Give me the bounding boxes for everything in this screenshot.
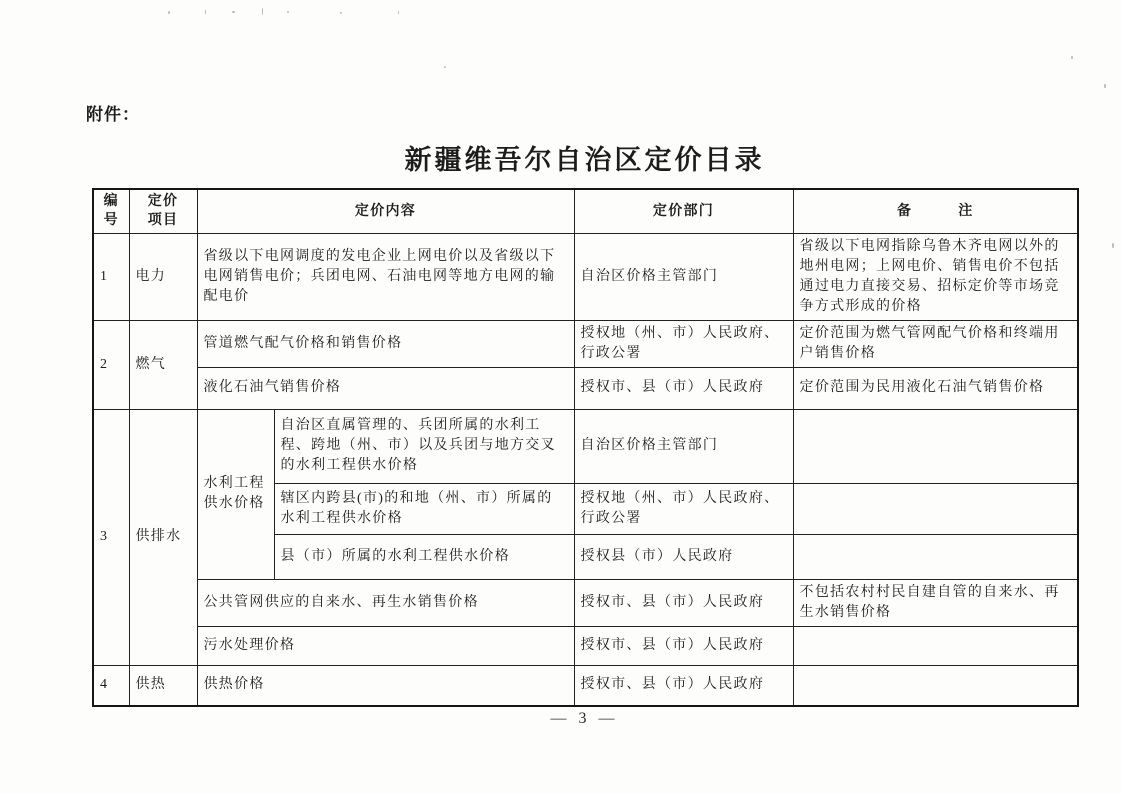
cell-remark: 定价范围为民用液化石油气销售价格 xyxy=(793,367,1078,409)
cell-department: 授权市、县（市）人民政府 xyxy=(574,665,793,706)
cell-content: 管道燃气配气价格和销售价格 xyxy=(197,320,574,367)
scan-artifact xyxy=(340,12,342,14)
cell-item: 燃气 xyxy=(129,320,197,409)
header-cell-item: 定价 项目 xyxy=(129,189,197,233)
scan-artifact xyxy=(1104,84,1106,88)
table-row: 2 燃气 管道燃气配气价格和销售价格 授权地（州、市）人民政府、行政公署 定价范… xyxy=(93,320,1078,367)
cell-no: 2 xyxy=(93,320,129,409)
cell-no: 4 xyxy=(93,665,129,706)
cell-subgroup-label: 水利工程 供水价格 xyxy=(197,409,274,579)
table-header-row: 编号 定价 项目 定价内容 定价部门 备 注 xyxy=(93,189,1078,233)
cell-remark xyxy=(793,626,1078,665)
cell-remark xyxy=(793,534,1078,579)
scan-artifact xyxy=(444,66,446,68)
cell-content: 县（市）所属的水利工程供水价格 xyxy=(274,534,574,579)
scan-artifact xyxy=(232,11,235,13)
scan-artifact xyxy=(287,11,289,13)
cell-remark: 定价范围为燃气管网配气价格和终端用户销售价格 xyxy=(793,320,1078,367)
scan-artifact xyxy=(168,11,170,14)
cell-content: 供热价格 xyxy=(197,665,574,706)
table-row: 1 电力 省级以下电网调度的发电企业上网电价以及省级以下电网销售电价；兵团电网、… xyxy=(93,233,1078,320)
cell-department: 授权地（州、市）人民政府、行政公署 xyxy=(574,483,793,534)
cell-content: 辖区内跨县(市)的和地（州、市）所属的水利工程供水价格 xyxy=(274,483,574,534)
page-number: — 3 — xyxy=(92,710,1077,728)
cell-department: 自治区价格主管部门 xyxy=(574,233,793,320)
header-cell-no: 编号 xyxy=(93,189,129,233)
cell-department: 自治区价格主管部门 xyxy=(574,409,793,483)
cell-item: 供热 xyxy=(129,665,197,706)
scan-artifact xyxy=(205,10,206,14)
cell-content: 公共管网供应的自来水、再生水销售价格 xyxy=(197,579,574,626)
cell-item: 供排水 xyxy=(129,409,197,665)
cell-content: 省级以下电网调度的发电企业上网电价以及省级以下电网销售电价；兵团电网、石油电网等… xyxy=(197,233,574,320)
cell-department: 授权市、县（市）人民政府 xyxy=(574,626,793,665)
cell-content: 污水处理价格 xyxy=(197,626,574,665)
cell-content: 自治区直属管理的、兵团所属的水利工程、跨地（州、市）以及兵团与地方交叉的水利工程… xyxy=(274,409,574,483)
cell-item: 电力 xyxy=(129,233,197,320)
header-cell-content: 定价内容 xyxy=(197,189,574,233)
table-row: 液化石油气销售价格 授权市、县（市）人民政府 定价范围为民用液化石油气销售价格 xyxy=(93,367,1078,409)
cell-department: 授权县（市）人民政府 xyxy=(574,534,793,579)
cell-no: 3 xyxy=(93,409,129,665)
scan-artifact xyxy=(398,11,399,14)
scan-artifact xyxy=(1071,56,1073,59)
cell-department: 授权市、县（市）人民政府 xyxy=(574,579,793,626)
table-row: 3 供排水 水利工程 供水价格 自治区直属管理的、兵团所属的水利工程、跨地（州、… xyxy=(93,409,1078,483)
header-cell-remark: 备 注 xyxy=(793,189,1078,233)
pricing-catalog-table: 编号 定价 项目 定价内容 定价部门 备 注 1 电力 省级以下电网调度的发电企… xyxy=(92,188,1079,707)
table-row: 公共管网供应的自来水、再生水销售价格 授权市、县（市）人民政府 不包括农村村民自… xyxy=(93,579,1078,626)
cell-no: 1 xyxy=(93,233,129,320)
header-cell-department: 定价部门 xyxy=(574,189,793,233)
cell-remark xyxy=(793,409,1078,483)
cell-content: 液化石油气销售价格 xyxy=(197,367,574,409)
table-row: 4 供热 供热价格 授权市、县（市）人民政府 xyxy=(93,665,1078,706)
scan-artifact xyxy=(1112,243,1114,248)
scanned-document-page: 附件： 新疆维吾尔自治区定价目录 编号 定价 项目 定价内容 定价部门 备 注 … xyxy=(0,0,1122,793)
cell-department: 授权市、县（市）人民政府 xyxy=(574,367,793,409)
cell-department: 授权地（州、市）人民政府、行政公署 xyxy=(574,320,793,367)
page-title: 新疆维吾尔自治区定价目录 xyxy=(92,138,1077,177)
table-row: 污水处理价格 授权市、县（市）人民政府 xyxy=(93,626,1078,665)
cell-remark xyxy=(793,665,1078,706)
attachment-label: 附件： xyxy=(86,100,140,125)
scan-artifact xyxy=(262,8,263,15)
cell-remark: 不包括农村村民自建自管的自来水、再生水销售价格 xyxy=(793,579,1078,626)
cell-remark xyxy=(793,483,1078,534)
cell-remark: 省级以下电网指除乌鲁木齐电网以外的地州电网；上网电价、销售电价不包括通过电力直接… xyxy=(793,233,1078,320)
